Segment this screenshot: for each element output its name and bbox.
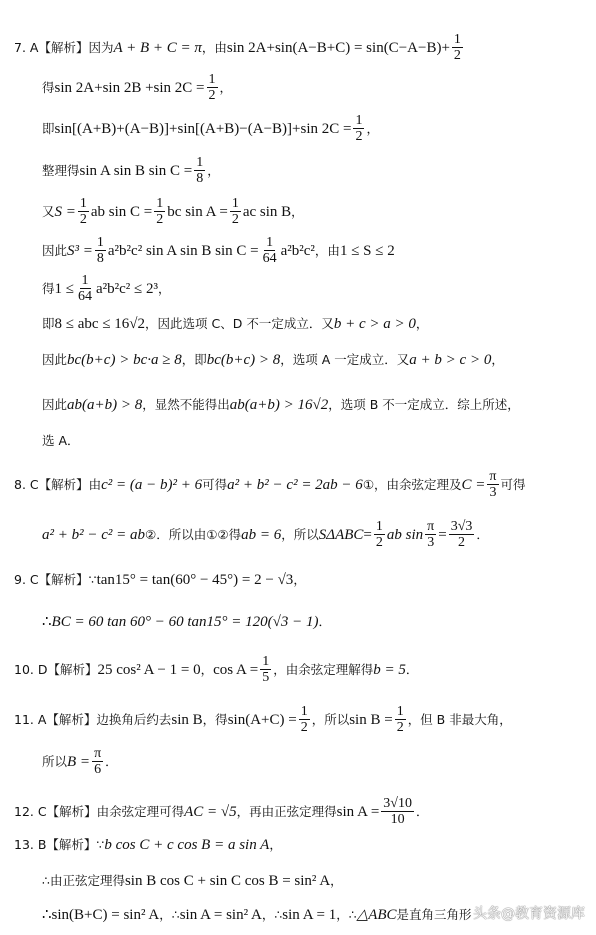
q11-line-2: 所以 B = π6 ． (42, 746, 118, 777)
q7-line-2: 得 sin 2A+sin 2B +sin 2C = 12 ， (42, 72, 232, 103)
q7-line-1: 7. A【解析】因为 A + B + C = π ，由 sin 2A+sin(A… (14, 32, 465, 63)
q7-heading: 7. A【解析】因为 (14, 39, 113, 57)
q7-line-9: 因此 bc(b+c) > bc·a ≥ 8 ，即 bc(b+c) > 8 ，选项… (42, 351, 504, 369)
q7-line-10: 因此 ab(a+b) > 8 ，显然不能得出 ab(a+b) > 16√2 ，选… (42, 396, 520, 414)
q7-line-11: 选 A． (42, 432, 80, 450)
q13-heading: 13. B【解析】∵ (14, 836, 104, 854)
q8-heading: 8. C【解析】由 (14, 476, 101, 494)
q7-line-3: 即 sin[(A+B)+(A−B)]+sin[(A+B)−(A−B)]+sin … (42, 113, 379, 144)
q7-line-6: 因此 S³ = 18 a²b²c² sin A sin B sin C = 16… (42, 235, 395, 266)
q7-line-5: 又 S = 12 ab sin C = 12 bc sin A = 12 ac … (42, 196, 304, 227)
q13-line-1: 13. B【解析】∵ b cos C + c cos B = a sin A ， (14, 836, 282, 854)
q11-line-1: 11. A【解析】边换角后约去 sin B ，得 sin(A+C) = 12 ，… (14, 704, 512, 735)
watermark: 头条@教育资源库 (473, 903, 585, 923)
q9-line-1: 9. C【解析】∵ tan15° = tan(60° − 45°) = 2 − … (14, 571, 306, 589)
q13-line-3: ∴ sin(B+C) = sin² A ，∴ sin A = sin² A ，∴… (42, 906, 472, 924)
q8-line-2: a² + b² − c² = ab ②．所以由①②得 ab = 6 ，所以 SΔ… (42, 519, 489, 550)
q9-line-2: ∴ BC = 60 tan 60° − 60 tan15° = 120(√3 −… (42, 613, 331, 631)
q12-heading: 12. C【解析】由余弦定理可得 (14, 803, 184, 821)
q13-line-2: ∴由正弦定理得 sin B cos C + sin C cos B = sin²… (42, 872, 343, 890)
q7-line-4: 整理得 sin A sin B sin C = 18 ， (42, 155, 220, 186)
q12-line-1: 12. C【解析】由余弦定理可得 AC = √5 ，再由正弦定理得 sin A … (14, 796, 429, 827)
q7-line-8: 即 8 ≤ abc ≤ 16√2 ，因此选项 C、D 不一定成立．又 b + c… (42, 315, 428, 333)
q10-line-1: 10. D【解析】 25 cos² A − 1 = 0 ， cos A = 15… (14, 654, 418, 685)
q11-heading: 11. A【解析】边换角后约去 (14, 711, 171, 729)
fraction: 12 (452, 32, 463, 63)
q8-line-1: 8. C【解析】由 c² = (a − b)² + 6 可得 a² + b² −… (14, 469, 526, 500)
q9-heading: 9. C【解析】∵ (14, 571, 97, 589)
q7-line-7: 得 1 ≤ 164 a²b²c² ≤ 2³ ， (42, 273, 171, 304)
q10-heading: 10. D【解析】 (14, 661, 97, 679)
